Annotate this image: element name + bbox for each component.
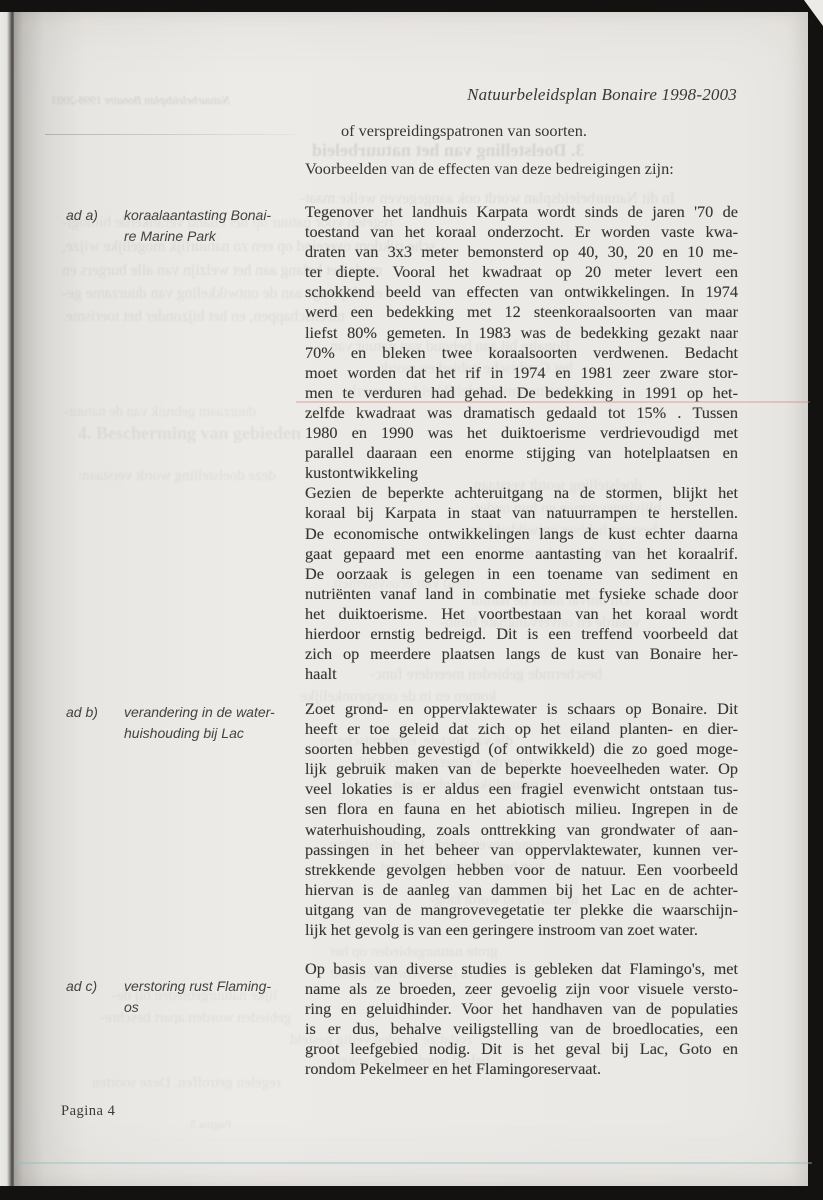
text-line: heeft er toe geleid dat zich op het eila…: [305, 719, 738, 739]
text-line: toestand van het koraal onderzocht. Er w…: [305, 222, 738, 242]
text-line: lijk het gevolg is van een geringere ins…: [305, 920, 738, 940]
text-line: passingen in het beheer van oppervlaktew…: [305, 840, 738, 860]
intro-lead-line: Voorbeelden van de effecten van deze bed…: [305, 159, 674, 179]
text-line: ring en geluidhinder. Voor het handhaven…: [305, 999, 738, 1019]
text-line: Zoet grond- en oppervlaktewater is schaa…: [305, 699, 738, 719]
margin-label-line: re Marine Park: [124, 226, 302, 247]
text-line: moet worden dat het rif in 1974 en 1981 …: [305, 363, 738, 383]
text-line: 70% en bleken twee koraalsoorten verdwen…: [305, 343, 738, 363]
text-line: Op basis van diverse studies is gebleken…: [305, 959, 738, 979]
text-line: zelfde kwadraat was dramatisch gedaald t…: [305, 403, 738, 423]
page-number: Pagina 4: [61, 1103, 115, 1120]
text-line: De oorzaak is gelegen in een toename van…: [305, 564, 738, 584]
text-line: werd een bedekking met 12 steenkoraalsoo…: [305, 302, 738, 322]
text-line: hierdoor ernstig bedreigd. Dit is een tr…: [305, 624, 738, 644]
adjacent-page-edge: [0, 12, 14, 1186]
text-line: koraal bij Karpata in staat van natuurra…: [305, 503, 738, 523]
intro-continuation-line: of verspreidingspatronen van soorten.: [341, 121, 587, 141]
margin-label-line: huishouding bij Lac: [124, 723, 302, 744]
text-line: haalt: [305, 664, 738, 684]
margin-label: verstoring rust Flaming-os: [124, 976, 302, 1018]
text-line: men te verduren had gehad. De bedekking …: [305, 383, 738, 403]
text-line: Gezien de beperkte achteruitgang na de s…: [305, 483, 738, 503]
text-line: liefst 80% gemeten. In 1983 was de bedek…: [305, 323, 738, 343]
margin-marker: ad c): [66, 976, 97, 997]
margin-label-line: verandering in de water-: [124, 702, 302, 723]
text-line: gaat gepaard met een enorme aantasting v…: [305, 544, 738, 564]
text-line: hiervan is de aanleg van dammen bij het …: [305, 880, 738, 900]
text-line: rondom Pekelmeer en het Flamingoreservaa…: [305, 1059, 738, 1079]
text-line: sen flora en fauna en het abiotisch mili…: [305, 799, 738, 819]
text-line: draten van 3x3 meter bemonsterd op 40, 3…: [305, 242, 738, 262]
text-line: ter diepte. Vooral het kwadraat op 20 me…: [305, 262, 738, 282]
text-line: Tegenover het landhuis Karpata wordt sin…: [305, 202, 738, 222]
body-text-block: Tegenover het landhuis Karpata wordt sin…: [305, 202, 738, 684]
running-header: Natuurbeleidsplan Bonaire 1998-2003: [305, 84, 737, 105]
text-line: name als ze broeden, zeer gevoelig zijn …: [305, 979, 738, 999]
margin-label: verandering in de water-huishouding bij …: [124, 702, 302, 744]
text-line: het duiktoerisme. Het voortbestaan van h…: [305, 604, 738, 624]
text-line: uitgang van de mangrovevegetatie ter ple…: [305, 900, 738, 920]
margin-marker: ad b): [66, 702, 98, 723]
body-text-block: Op basis van diverse studies is gebleken…: [305, 959, 738, 1080]
text-line: lijk gebruik maken van de beperkte hoeve…: [305, 759, 738, 779]
text-line: nutriënten vanaf land in combinatie met …: [305, 584, 738, 604]
text-line: zich op meerdere plaatsen langs de kust …: [305, 644, 738, 664]
text-line: kustontwikkeling: [305, 463, 738, 483]
margin-label-line: verstoring rust Flaming-: [124, 976, 302, 997]
text-line: schokkend beeld van effecten van ontwikk…: [305, 282, 738, 302]
margin-label: koraalaantasting Bonai-re Marine Park: [124, 205, 302, 247]
margin-label-line: koraalaantasting Bonai-: [124, 205, 302, 226]
margin-marker: ad a): [66, 205, 98, 226]
margin-label-line: os: [124, 997, 302, 1018]
text-line: veel lokaties is er aldus een fragiel ev…: [305, 779, 738, 799]
scanned-document-page: Natuurbeleidsplan Bonaire 1998-2003 of v…: [0, 0, 823, 1200]
text-line: soorten hebben gevestigd (of ontwikkeld)…: [305, 739, 738, 759]
body-text-block: Zoet grond- en oppervlaktewater is schaa…: [305, 699, 738, 940]
text-line: parallel daaraan een enorme stijging van…: [305, 443, 738, 463]
text-line: is er dus, behalve veiligstelling van de…: [305, 1019, 738, 1039]
text-line: 1980 en 1990 was het duiktoerisme verdri…: [305, 423, 738, 443]
text-line: waterhuishouding, zoals onttrekking van …: [305, 820, 738, 840]
text-line: De economische ontwikkelingen langs de k…: [305, 524, 738, 544]
text-line: groot leefgebied nodig. Dit is het geval…: [305, 1039, 738, 1059]
text-line: strekkende gevolgen hebben voor de natuu…: [305, 860, 738, 880]
